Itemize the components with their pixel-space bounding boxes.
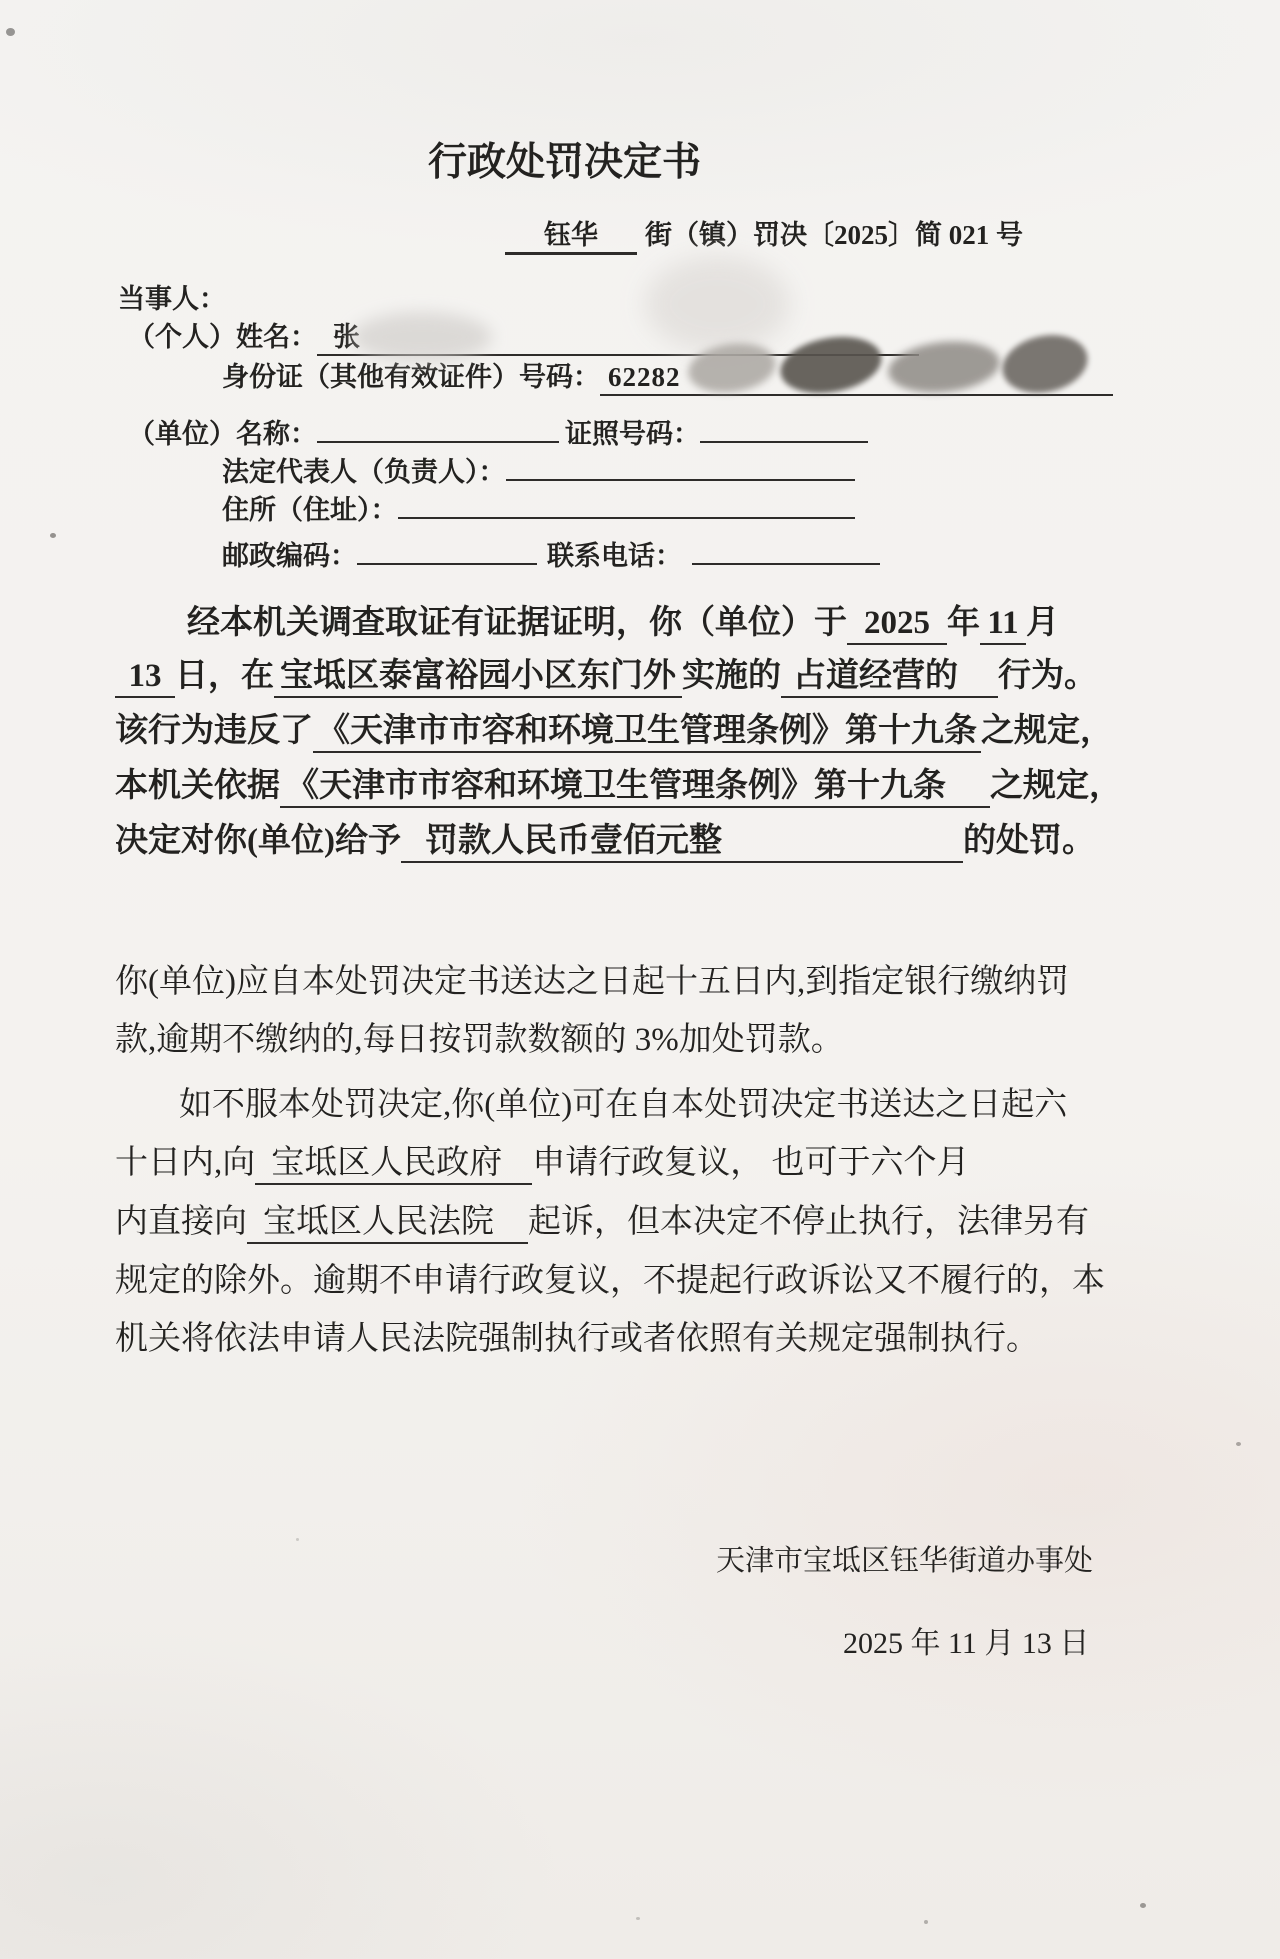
location-blank: 宝坻区泰富裕园小区东门外	[274, 657, 682, 698]
signature-date: 2025 年 11 月 13 日	[843, 1626, 1089, 1661]
appeal-line-5: 机关将依法申请人民法院强制执行或者依照有关规定强制执行。	[115, 1320, 1039, 1359]
scan-speck	[50, 533, 56, 538]
finding-l2-text-a: 日，在	[175, 658, 274, 694]
doc-number: 钰华街（镇）罚决〔2025〕简 021 号	[505, 220, 1023, 255]
finding-l2-text-c: 行为。	[998, 658, 1097, 694]
scanned-penalty-decision-document: 行政处罚决定书 钰华街（镇）罚决〔2025〕简 021 号 当事人： （个人）姓…	[0, 0, 1280, 1959]
payment-line-1: 你(单位)应自本处罚决定书送达之日起十五日内,到指定银行缴纳罚	[115, 963, 1069, 1002]
law-blank-1: 《天津市市容和环境卫生管理条例》第十九条	[313, 712, 981, 753]
license-label: 证照号码：	[565, 419, 700, 449]
phone-label: 联系电话：	[547, 541, 682, 571]
scan-speck	[296, 1538, 299, 1541]
law-blank-2: 《天津市市容和环境卫生管理条例》第十九条	[280, 767, 990, 808]
scan-speck	[636, 1917, 640, 1920]
license-blank	[700, 414, 868, 443]
finding-l1-text: 经本机关调查取证有证据证明，你（单位）于	[187, 605, 847, 641]
finding-l3-text-b: 之规定，	[981, 713, 1113, 749]
finding-line-4: 本机关依据《天津市市容和环境卫生管理条例》第十九条之规定，	[115, 767, 1122, 808]
court-blank: 宝坻区人民法院	[247, 1203, 528, 1244]
finding-line-1: 经本机关调查取证有证据证明，你（单位）于2025年11月	[187, 604, 1059, 645]
id-blank: 62282	[600, 362, 1113, 396]
day-blank: 13	[115, 657, 175, 698]
name-label: 姓名：	[236, 322, 317, 352]
unit-name-label: 名称：	[236, 419, 317, 449]
finding-l1-month-label: 月	[1026, 605, 1059, 641]
postal-blank	[357, 536, 537, 565]
id-label: 身份证（其他有效证件）号码：	[222, 362, 600, 392]
phone-blank	[692, 536, 880, 565]
address-label: 住所（住址）：	[222, 495, 398, 525]
scan-speck	[924, 1920, 928, 1924]
party-contact-row: 邮政编码：联系电话：	[222, 536, 880, 573]
legal-rep-blank	[506, 452, 855, 481]
finding-line-5: 决定对你(单位)给予罚款人民币壹佰元整的处罚。	[115, 822, 1095, 863]
address-blank	[398, 490, 855, 519]
party-heading: 当事人：	[118, 284, 226, 316]
scan-speck	[6, 28, 15, 36]
legal-rep-label: 法定代表人（负责人）：	[222, 457, 506, 487]
unit-label: （单位）	[128, 419, 236, 449]
finding-l5-text-a: 决定对你(单位)给予	[115, 823, 401, 859]
review-org-blank: 宝坻区人民政府	[255, 1144, 532, 1185]
finding-l4-text-b: 之规定，	[990, 768, 1122, 804]
doc-number-suffix: 街（镇）罚决〔2025〕简 021 号	[645, 220, 1023, 250]
party-address-row: 住所（住址）：	[222, 490, 855, 527]
party-legalrep-row: 法定代表人（负责人）：	[222, 452, 855, 489]
scan-speck	[1140, 1903, 1146, 1908]
violation-blank: 占道经营的	[781, 657, 998, 698]
finding-l4-text-a: 本机关依据	[115, 768, 280, 804]
penalty-blank: 罚款人民币壹佰元整	[401, 822, 963, 863]
appeal-l3-text-b: 起诉，但本决定不停止执行，法律另有	[528, 1204, 1089, 1240]
scan-speck	[1236, 1442, 1241, 1446]
finding-line-3: 该行为违反了《天津市市容和环境卫生管理条例》第十九条之规定，	[115, 712, 1113, 753]
finding-l3-text-a: 该行为违反了	[115, 713, 313, 749]
appeal-line-3: 内直接向宝坻区人民法院起诉，但本决定不停止执行，法律另有	[115, 1203, 1089, 1244]
payment-line-2: 款,逾期不缴纳的,每日按罚款数额的 3%加处罚款。	[115, 1021, 844, 1060]
appeal-l3-text-a: 内直接向	[115, 1204, 247, 1240]
finding-line-2: 13日，在宝坻区泰富裕园小区东门外实施的占道经营的行为。	[115, 657, 1097, 698]
unit-name-blank	[317, 414, 559, 443]
doc-number-issuer-blank: 钰华	[505, 220, 637, 255]
agency-signature: 天津市宝坻区钰华街道办事处	[716, 1544, 1093, 1578]
appeal-l2-text-b: 申请行政复议， 也可于六个月	[532, 1145, 969, 1181]
postal-label: 邮政编码：	[222, 541, 357, 571]
finding-l1-year-label: 年	[947, 605, 980, 641]
document-title: 行政处罚决定书	[428, 140, 701, 186]
finding-l5-text-b: 的处罚。	[963, 823, 1095, 859]
appeal-line-2: 十日内,向宝坻区人民政府申请行政复议， 也可于六个月	[115, 1144, 970, 1185]
appeal-line-1: 如不服本处罚决定,你(单位)可在自本处罚决定书送达之日起六	[179, 1086, 1067, 1125]
party-id-row: 身份证（其他有效证件）号码：62282	[222, 362, 1113, 396]
finding-l2-text-b: 实施的	[682, 658, 781, 694]
name-blank: 张	[317, 322, 919, 356]
appeal-l2-text-a: 十日内,向	[115, 1145, 255, 1181]
individual-label: （个人）	[128, 322, 236, 352]
party-unit-row: （单位）名称：证照号码：	[128, 414, 868, 451]
party-individual-row: （个人）姓名：张	[128, 322, 919, 356]
year-blank: 2025	[847, 604, 947, 645]
month-blank: 11	[980, 604, 1026, 645]
appeal-line-4: 规定的除外。逾期不申请行政复议，不提起行政诉讼又不履行的，本	[115, 1262, 1105, 1301]
